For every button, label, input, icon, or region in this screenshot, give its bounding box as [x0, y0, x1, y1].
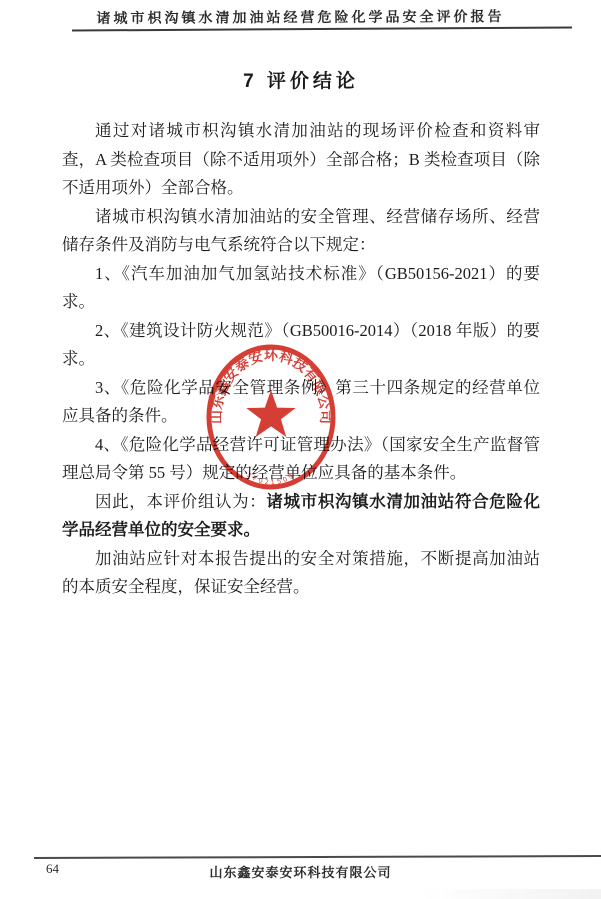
scan-edge-shadow — [421, 889, 601, 899]
paragraph-intro: 通过对诸城市枳沟镇水清加油站的现场评价检查和资料审查，A 类检查项目（除不适用项… — [62, 117, 540, 203]
footer-rule — [34, 855, 601, 858]
document-page: 诸城市枳沟镇水清加油站经营危险化学品安全评价报告 7 评价结论 通过对诸城市枳沟… — [0, 0, 601, 899]
list-item-4: 4、《危险化学品经营许可证管理办法》（国家安全生产监督管理总局令第 55 号）规… — [62, 431, 540, 488]
section-title: 7 评价结论 — [62, 66, 540, 93]
header-title: 诸城市枳沟镇水清加油站经营危险化学品安全评价报告 — [0, 6, 601, 29]
document-body: 7 评价结论 通过对诸城市枳沟镇水清加油站的现场评价检查和资料审查，A 类检查项… — [62, 66, 540, 602]
list-item-3: 3、《危险化学品安全管理条例》第三十四条规定的经营单位应具备的条件。 — [62, 374, 540, 431]
list-item-1: 1、《汽车加油加气加氢站技术标准》（GB50156-2021）的要求。 — [62, 260, 540, 317]
conclusion-prefix: 因此，本评价组认为： — [95, 492, 266, 511]
paragraph-final: 加油站应针对本报告提出的安全对策措施，不断提高加油站的本质安全程度，保证安全经营… — [62, 545, 540, 602]
paragraph-conclusion: 因此，本评价组认为：诸城市枳沟镇水清加油站符合危险化学品经营单位的安全要求。 — [62, 488, 540, 545]
list-item-2: 2、《建筑设计防火规范》（GB50016-2014）（2018 年版）的要求。 — [62, 317, 540, 374]
paragraph-scope: 诸城市枳沟镇水清加油站的安全管理、经营储存场所、经营储存条件及消防与电气系统符合… — [62, 203, 540, 260]
footer-company: 山东鑫安泰安环科技有限公司 — [0, 862, 601, 881]
